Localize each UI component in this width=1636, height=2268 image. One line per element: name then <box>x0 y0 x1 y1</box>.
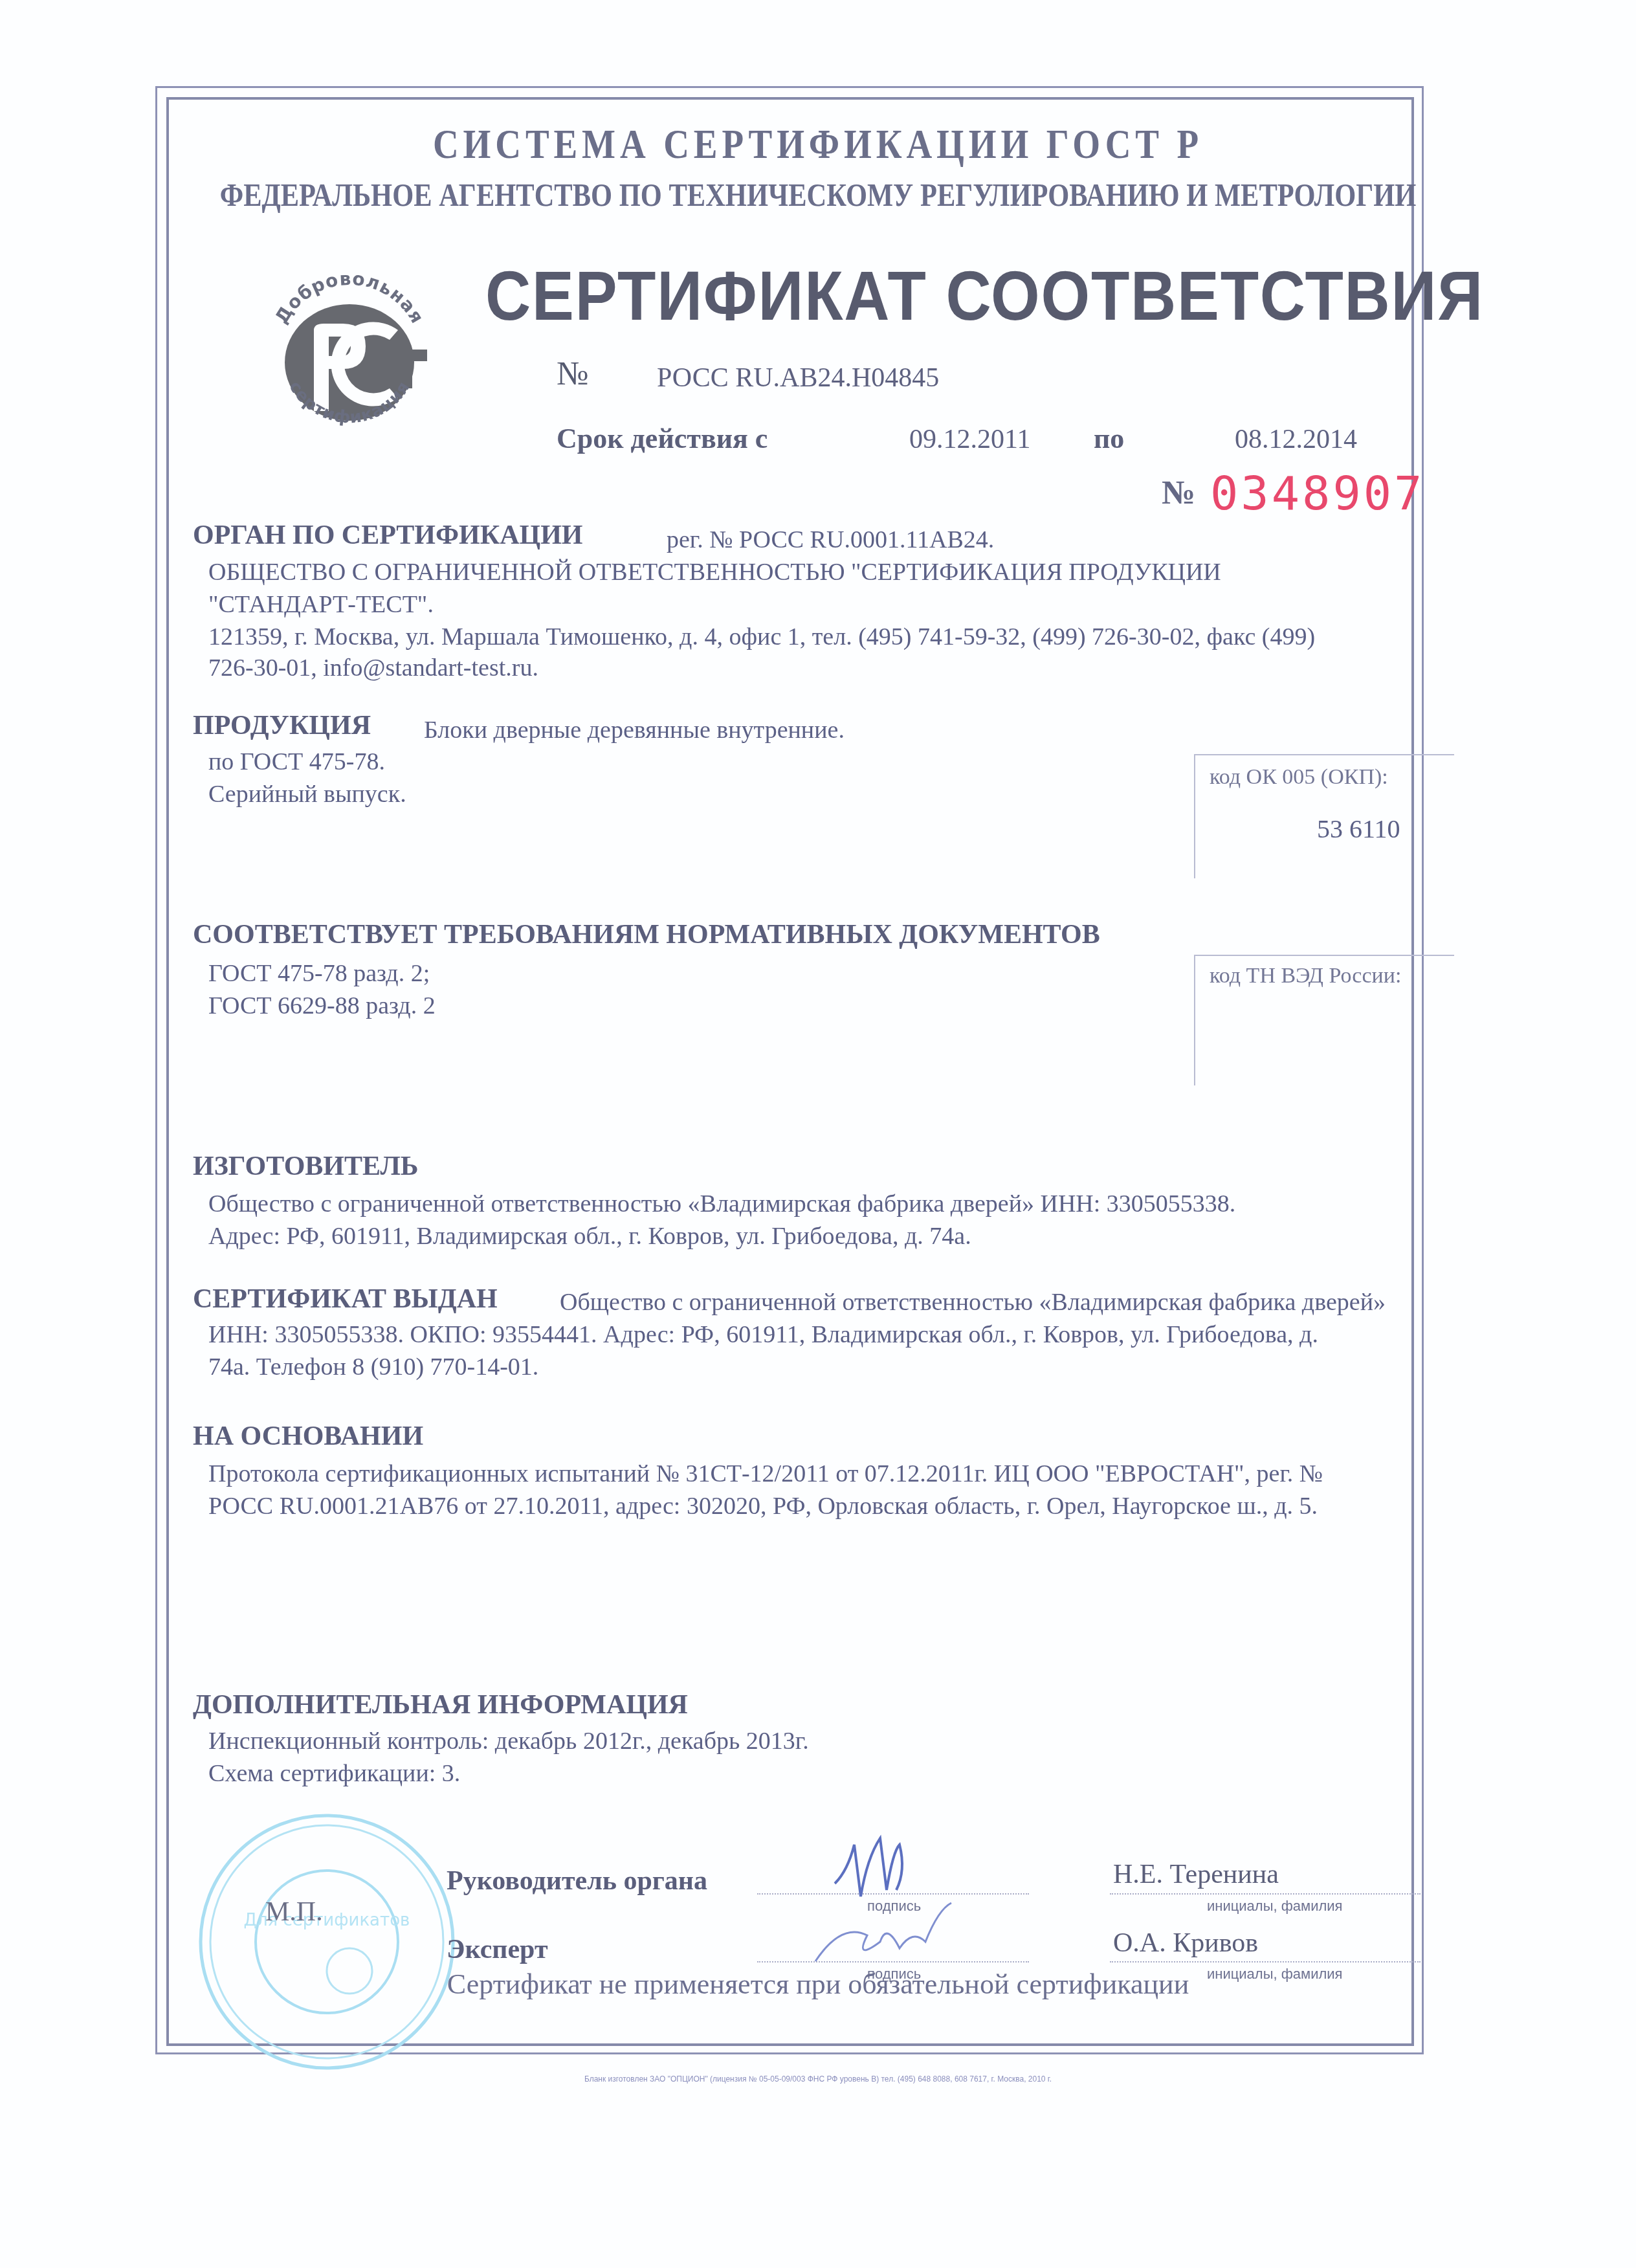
number-sign: № <box>557 355 589 393</box>
head-of-body-label: Руководитель органа <box>447 1865 707 1896</box>
okp-code: 53 6110 <box>1317 814 1400 844</box>
blank-number: 0348907 <box>1210 466 1424 520</box>
certification-body-heading: ОРГАН ПО СЕРТИФИКАЦИИ <box>193 520 583 551</box>
okp-label: код ОК 005 (ОКП): <box>1210 765 1388 790</box>
voluntary-notice: Сертификат не применяется при обязательн… <box>0 1968 1636 2001</box>
stamp-place-label: М.П. <box>265 1896 323 1928</box>
additional-info-heading: ДОПОЛНИТЕЛЬНАЯ ИНФОРМАЦИЯ <box>193 1689 688 1720</box>
expert-name: О.А. Кривов <box>1113 1928 1258 1959</box>
conformity-standard: ГОСТ 475-78 разд. 2; <box>208 959 430 988</box>
okp-code-box: код ОК 005 (ОКП): 53 6110 <box>1194 754 1454 878</box>
head-name-line <box>1110 1893 1420 1895</box>
certification-body-address: 121359, г. Москва, ул. Маршала Тимошенко… <box>208 623 1315 651</box>
valid-to: 08.12.2014 <box>1235 424 1357 455</box>
conformity-standard: ГОСТ 6629-88 разд. 2 <box>208 992 436 1020</box>
basis-lab: РОСС RU.0001.21АВ76 от 27.10.2011, адрес… <box>208 1492 1318 1520</box>
certification-scheme: Схема сертификации: 3. <box>208 1759 460 1788</box>
issued-to-phone: 74а. Телефон 8 (910) 770-14-01. <box>208 1353 538 1381</box>
certificate-title: СЕРТИФИКАТ СООТВЕТСТВИЯ <box>485 255 1484 336</box>
system-title: СИСТЕМА СЕРТИФИКАЦИИ ГОСТ Р <box>115 120 1521 168</box>
tnved-code-box: код ТН ВЭД России: <box>1194 955 1454 1085</box>
product-standard: по ГОСТ 475-78. <box>208 748 385 776</box>
product-release: Серийный выпуск. <box>208 780 406 808</box>
manufacturer-address: Адрес: РФ, 601911, Владимирская обл., г.… <box>208 1222 971 1251</box>
manufacturer-name: Общество с ограниченной ответственностью… <box>208 1190 1235 1218</box>
manufacturer-heading: ИЗГОТОВИТЕЛЬ <box>193 1151 419 1182</box>
certification-body-reg: рег. № РОСС RU.0001.11АВ24. <box>667 526 994 554</box>
printer-imprint: Бланк изготовлен ЗАО "ОПЦИОН" (лицензия … <box>0 2074 1636 2084</box>
basis-heading: НА ОСНОВАНИИ <box>193 1421 423 1452</box>
blank-number-sign: № <box>1162 474 1195 512</box>
issued-to-details: ИНН: 3305055338. ОКПО: 93554441. Адрес: … <box>208 1320 1318 1349</box>
expert-name-line <box>1110 1961 1420 1962</box>
head-name-caption: инициалы, фамилия <box>1207 1898 1343 1915</box>
valid-to-label: по <box>1094 422 1124 455</box>
product-name: Блоки дверные деревянные внутренние. <box>424 716 845 744</box>
valid-from: 09.12.2011 <box>909 424 1030 455</box>
issued-to-name: Общество с ограниченной ответственностью… <box>560 1288 1386 1317</box>
tnved-label: код ТН ВЭД России: <box>1210 964 1401 988</box>
basis-protocol: Протокола сертификационных испытаний № 3… <box>208 1460 1323 1488</box>
certification-body-contacts: 726-30-01, info@standart-test.ru. <box>208 654 538 682</box>
certificate-number: РОСС RU.АВ24.Н04845 <box>657 362 939 394</box>
certification-body-line: ОБЩЕСТВО С ОГРАНИЧЕННОЙ ОТВЕТСТВЕННОСТЬЮ… <box>208 558 1221 586</box>
stamp-seal-icon: Для сертификатов <box>194 1809 459 2074</box>
head-name: Н.Е. Теренина <box>1113 1859 1279 1890</box>
issued-to-heading: СЕРТИФИКАТ ВЫДАН <box>193 1284 498 1315</box>
validity-label: Срок действия с <box>557 422 768 455</box>
voluntary-certification-logo-icon: Добровольная сертификация <box>252 259 447 453</box>
conformity-heading: СООТВЕТСТВУЕТ ТРЕБОВАНИЯМ НОРМАТИВНЫХ ДО… <box>193 919 1100 950</box>
product-heading: ПРОДУКЦИЯ <box>193 710 371 741</box>
certification-body-line: "СТАНДАРТ-ТЕСТ". <box>208 590 434 619</box>
inspection-control: Инспекционный контроль: декабрь 2012г., … <box>208 1727 809 1755</box>
agency-name: ФЕДЕРАЛЬНОЕ АГЕНТСТВО ПО ТЕХНИЧЕСКОМУ РЕ… <box>123 176 1514 214</box>
expert-label: Эксперт <box>447 1934 548 1965</box>
